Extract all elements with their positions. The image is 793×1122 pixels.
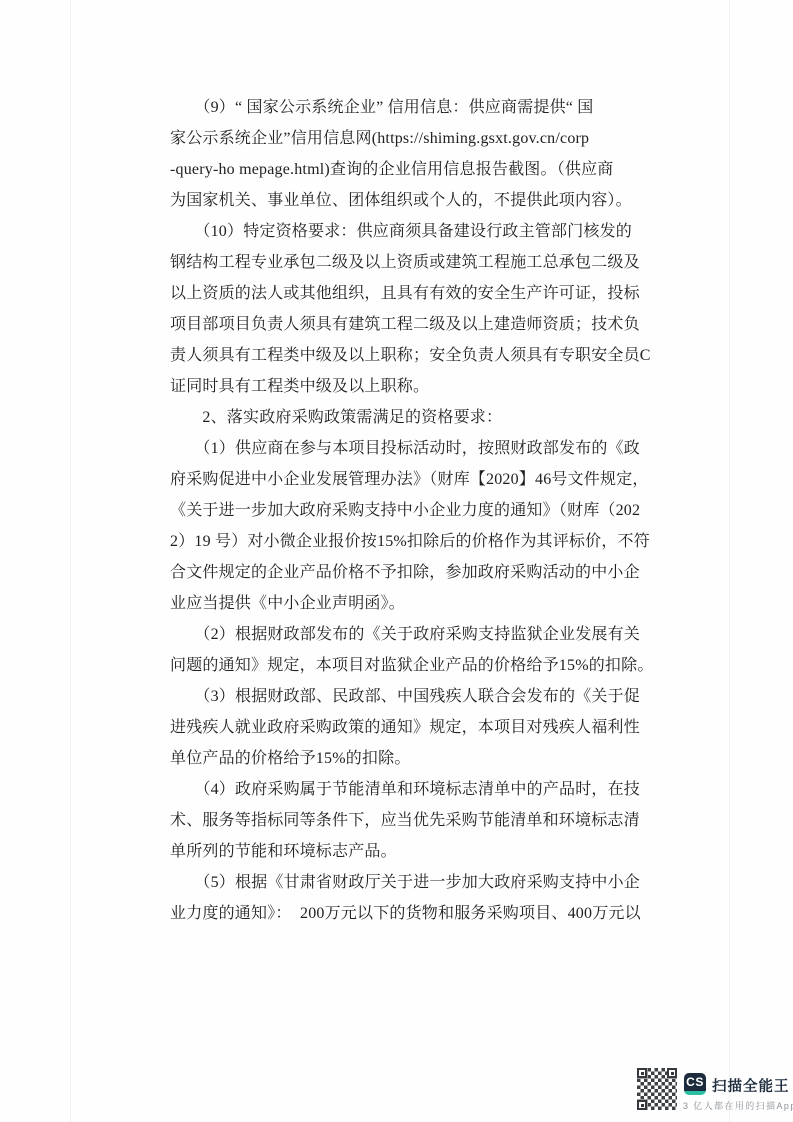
text-line: 钢结构工程专业承包二级及以上资质或建筑工程施工总承包二级及 (170, 247, 645, 278)
qr-finder-mark (667, 1068, 677, 1078)
text-line: 《关于进一步加大政府采购支持中小企业力度的通知》（财库（202 (170, 495, 645, 526)
qr-finder-mark (637, 1100, 647, 1110)
text-line: 单位产品的价格给予15%的扣除。 (170, 743, 645, 774)
text-line: 单所列的节能和环境标志产品。 (170, 836, 645, 867)
camscanner-watermark: CS 扫描全能王 3 亿人都在用的扫描App (637, 1066, 787, 1116)
scan-left-edge-line (70, 0, 71, 1122)
document-text-block: （9）“ 国家公示系统企业” 信用信息：供应商需提供“ 国 家公示系统企业”信用… (170, 92, 645, 929)
text-line: 进残疾人就业政府采购政策的通知》规定，本项目对残疾人福利性 (170, 712, 645, 743)
text-line: （9）“ 国家公示系统企业” 信用信息：供应商需提供“ 国 (170, 92, 645, 123)
text-line: 问题的通知》规定，本项目对监狱企业产品的价格给予15%的扣除。 (170, 650, 645, 681)
text-line: -query-ho mepage.html)查询的企业信用信息报告截图。（供应商 (170, 154, 645, 185)
camscanner-logo-icon: CS (684, 1073, 706, 1095)
text-line: 责人须具有工程类中级及以上职称；安全负责人须具有专职安全员C (170, 340, 645, 371)
scanner-app-tagline: 3 亿人都在用的扫描App (683, 1099, 793, 1112)
text-line: 术、服务等指标同等条件下，应当优先采购节能清单和环境标志清 (170, 805, 645, 836)
text-line: （10）特定资格要求：供应商须具备建设行政主管部门核发的 (170, 216, 645, 247)
text-line: （4）政府采购属于节能清单和环境标志清单中的产品时，在技 (170, 774, 645, 805)
text-line: （3）根据财政部、民政部、中国残疾人联合会发布的《关于促 (170, 681, 645, 712)
camscanner-logo-letters: CS (686, 1073, 704, 1091)
text-line: 为国家机关、事业单位、团体组织或个人的，不提供此项内容）。 (170, 185, 645, 216)
text-line: 项目部项目负责人须具有建筑工程二级及以上建造师资质；技术负 (170, 309, 645, 340)
text-line: 府采购促进中小企业发展管理办法》（财库【2020】46号文件规定， (170, 464, 645, 495)
text-line: 业应当提供《中小企业声明函》。 (170, 588, 645, 619)
text-line: 2、落实政府采购政策需满足的资格要求： (170, 402, 645, 433)
qr-code-icon (637, 1068, 677, 1110)
text-line: 业力度的通知》： 200万元以下的货物和服务采购项目、400万元以 (170, 898, 645, 929)
scanner-app-name: 扫描全能王 (712, 1075, 790, 1096)
scanned-document-page: （9）“ 国家公示系统企业” 信用信息：供应商需提供“ 国 家公示系统企业”信用… (0, 0, 793, 1122)
qr-finder-mark (637, 1068, 647, 1078)
text-line: （5）根据《甘肃省财政厅关于进一步加大政府采购支持中小企 (170, 867, 645, 898)
text-line: 2）19 号）对小微企业报价按15%扣除后的价格作为其评标价，不符 (170, 526, 645, 557)
text-line: （2）根据财政部发布的《关于政府采购支持监狱企业发展有关 (170, 619, 645, 650)
text-line: 以上资质的法人或其他组织，且具有有效的安全生产许可证，投标 (170, 278, 645, 309)
text-line: 证同时具有工程类中级及以上职称。 (170, 371, 645, 402)
text-line: 家公示系统企业”信用信息网(https://shiming.gsxt.gov.c… (170, 123, 645, 154)
text-line: 合文件规定的企业产品价格不予扣除，参加政府采购活动的中小企 (170, 557, 645, 588)
text-line: （1）供应商在参与本项目投标活动时，按照财政部发布的《政 (170, 433, 645, 464)
scan-right-edge-line (729, 0, 730, 1122)
